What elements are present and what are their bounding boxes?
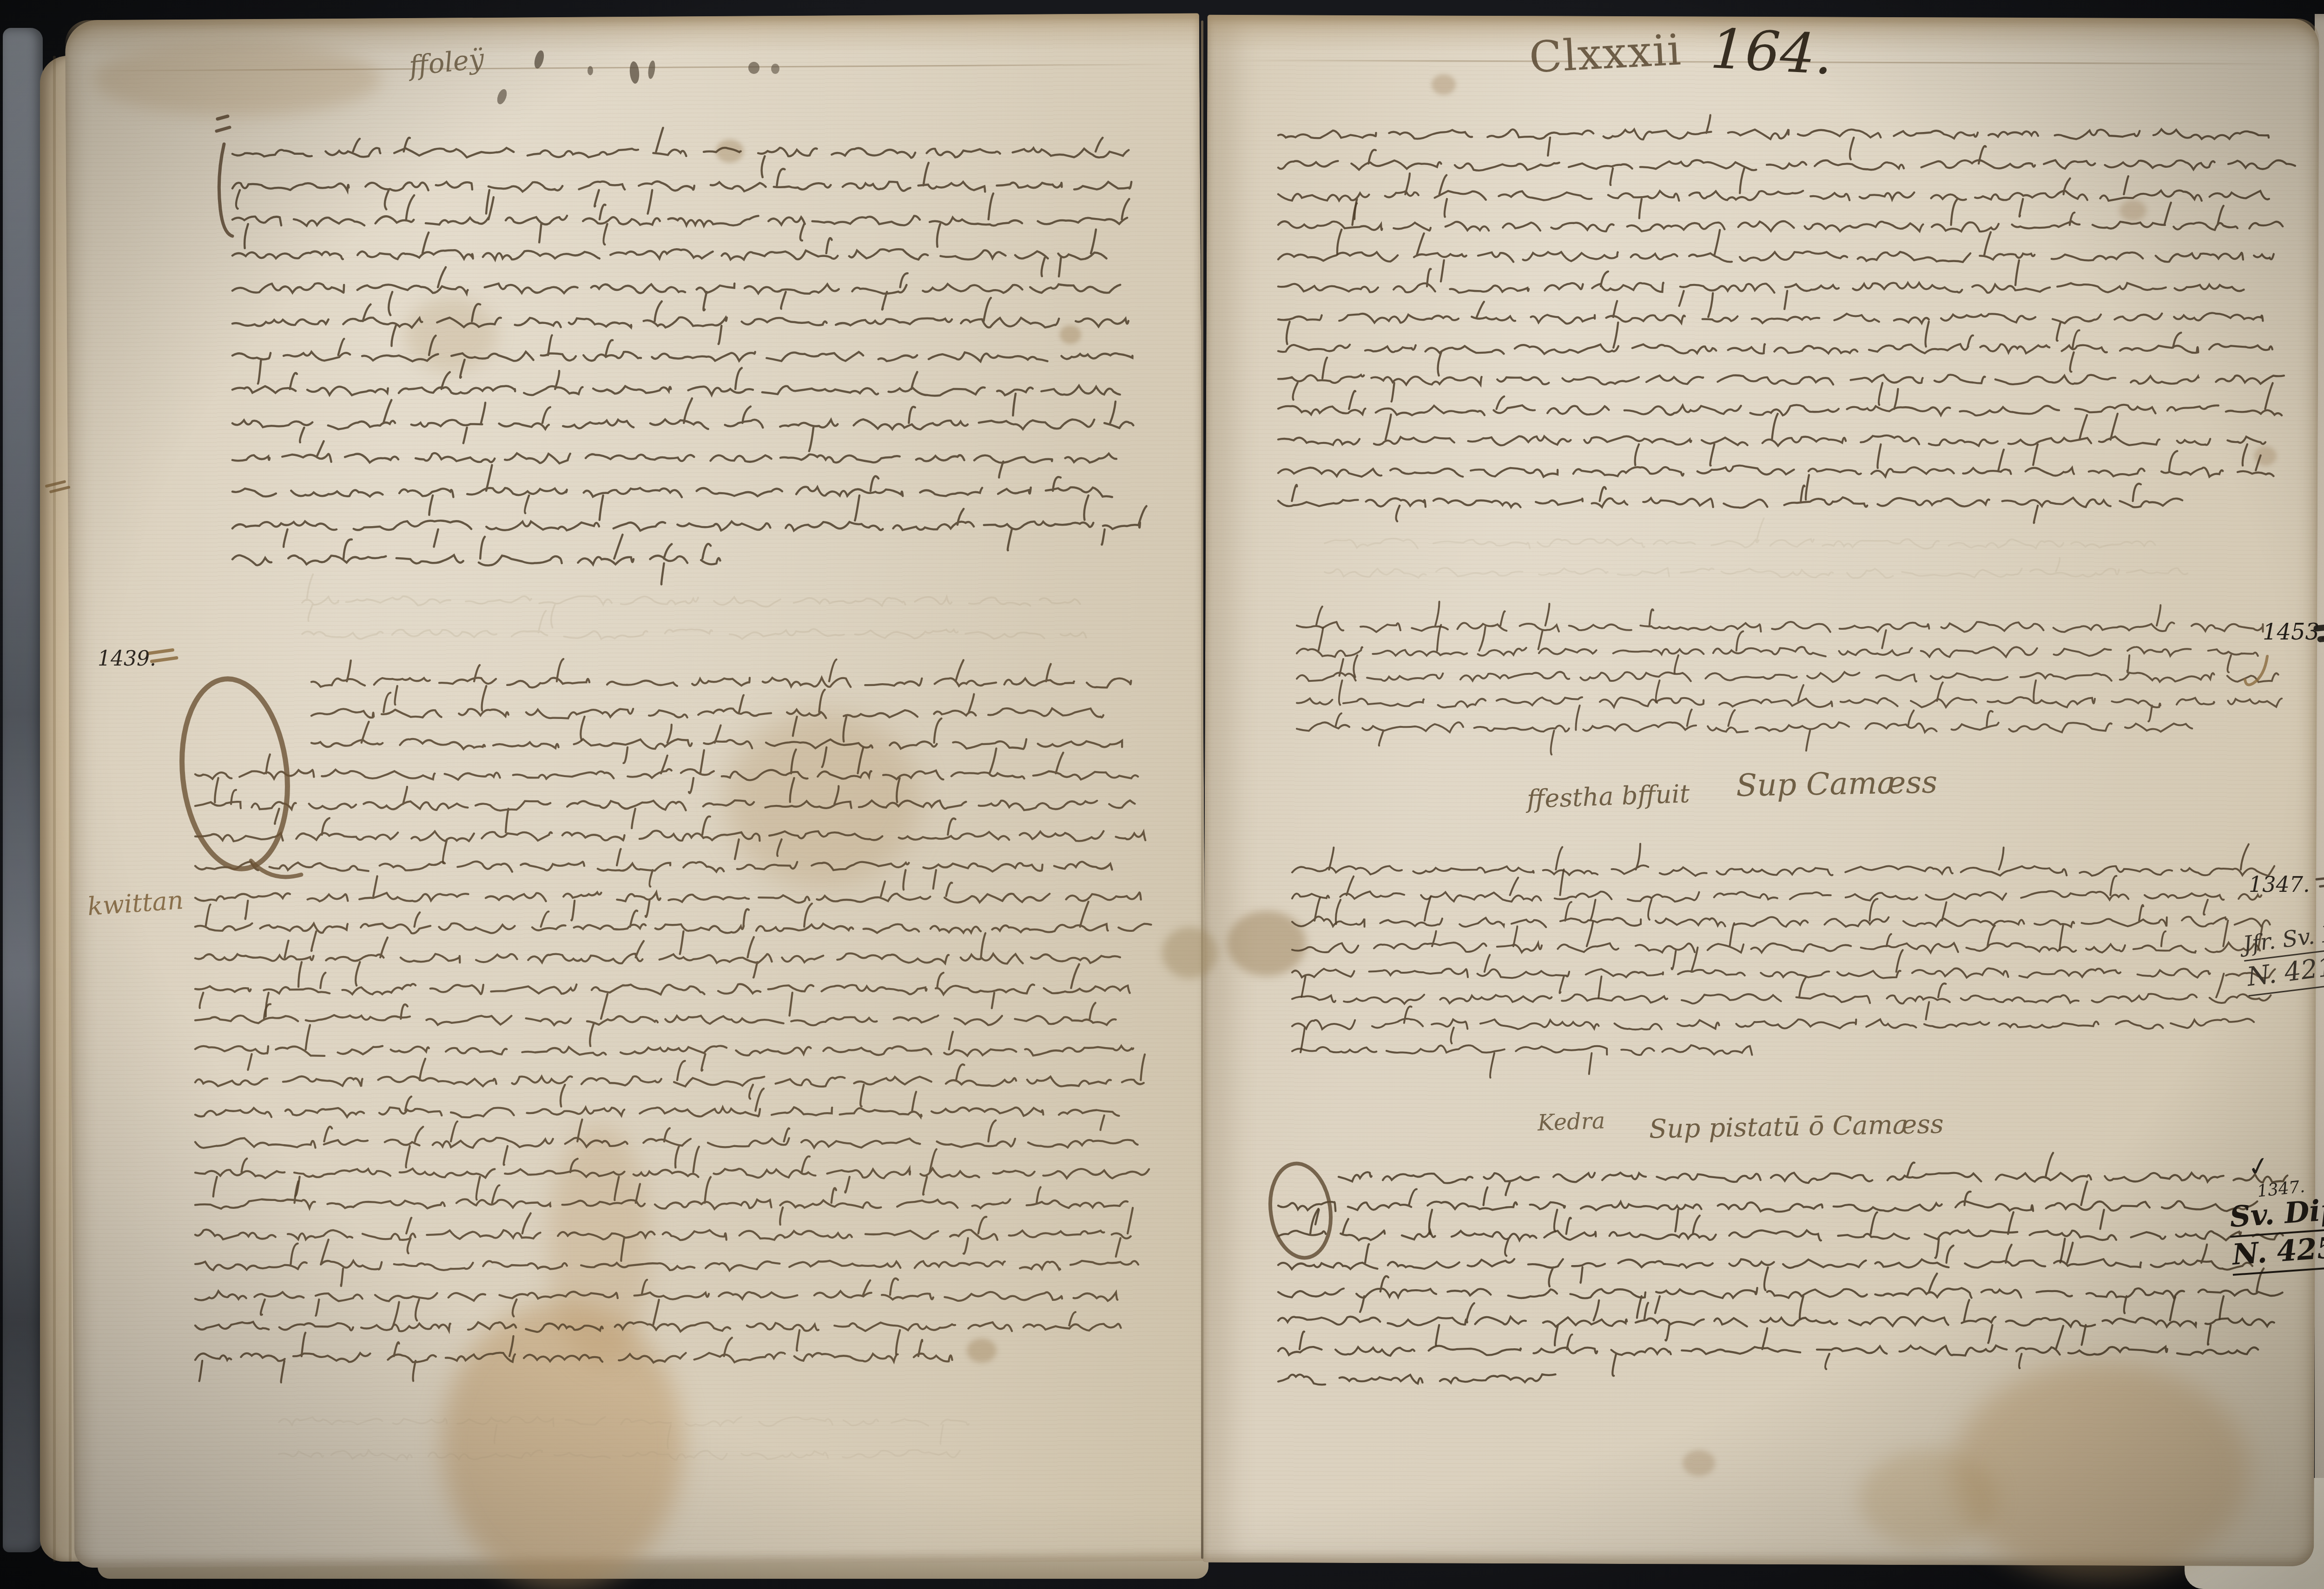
margin-date-1453: 1453. [2263, 619, 2324, 645]
left-page [65, 13, 1208, 1568]
folio-number-arabic: 164. [1709, 16, 1835, 87]
gutter-seam [1201, 20, 1203, 1559]
rubric-sup-camess: Sup Camæss [1736, 764, 1937, 804]
rubric-sup-pistatu: Sup pistatū ō Camæss [1649, 1109, 1944, 1144]
margin-date-1439: 1439. [98, 647, 156, 671]
margin-date-1347: 1347. [2249, 872, 2310, 897]
rubric-kedra: Kedra [1537, 1108, 1605, 1136]
page-edge-ridge [53, 56, 56, 1562]
left-page-top-edge [65, 13, 1199, 58]
manuscript-scan: ffoleÿ Clxxxii 164. 1439. kwittan 1453. … [0, 0, 2324, 1589]
catalog-ref-4252: Sv. Dipl. N. 4252 [2228, 1191, 2324, 1276]
cloth-backing-strip [3, 28, 43, 1552]
rubric-festha: ffestha bffuit [1526, 779, 1690, 814]
left-page-top-crease [88, 64, 1176, 72]
folio-number-roman: Clxxxii [1528, 25, 1683, 82]
